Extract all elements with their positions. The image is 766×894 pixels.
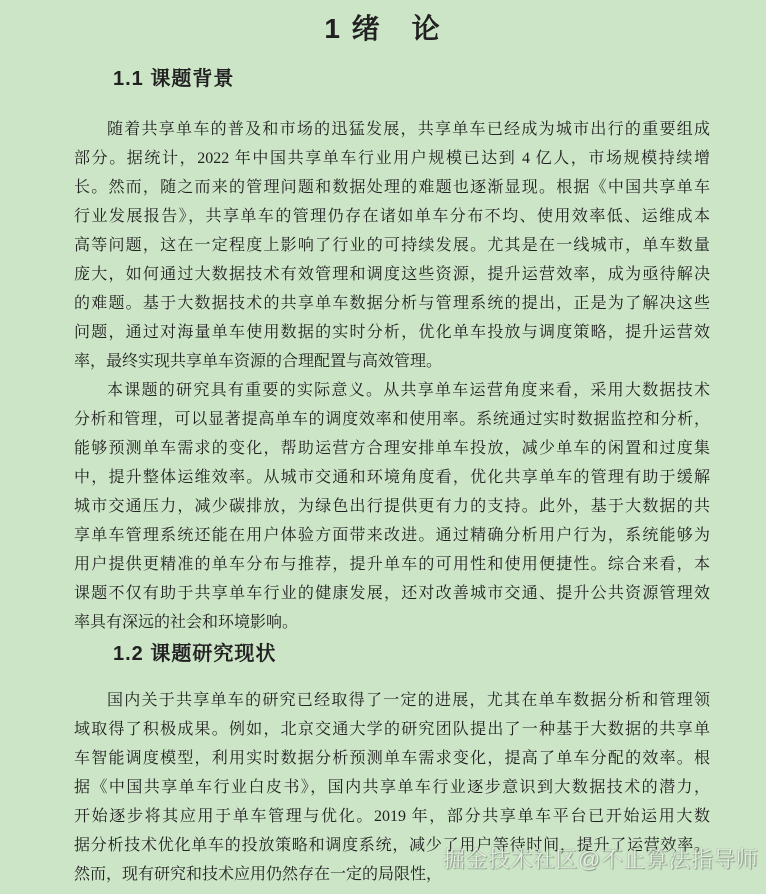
text-line: 据分析技术优化单车的投放策略和调度系统，减少了用户等待时间，提升了运营效率。: [74, 831, 710, 860]
text-line: 用户提供更精准的单车分布与推荐，提升单车的可用性和使用便捷性。综合来看，本: [74, 550, 710, 579]
text-line: 长。然而，随之而来的管理问题和数据处理的难题也逐渐显现。根据《中国共享单车: [74, 173, 710, 202]
chapter-title: 1 绪 论: [0, 12, 766, 46]
section-1-1-paragraph-2: 本课题的研究具有重要的实际意义。从共享单车运营角度来看，采用大数据技术分析和管理…: [74, 376, 710, 637]
text-line: 据《中国共享单车行业白皮书》，国内共享单车行业逐步意识到大数据技术的潜力，: [74, 773, 710, 802]
text-line: 城市交通压力，减少碳排放，为绿色出行提供更有力的支持。此外，基于大数据的共: [74, 492, 710, 521]
text-line: 随着共享单车的普及和市场的迅猛发展，共享单车已经成为城市出行的重要组成: [74, 115, 710, 144]
text-line: 高等问题，这在一定程度上影响了行业的可持续发展。尤其是在一线城市，单车数量: [74, 231, 710, 260]
text-line: 问题，通过对海量单车使用数据的实时分析，优化单车投放与调度策略，提升运营效: [74, 318, 710, 347]
text-line: 的难题。基于大数据技术的共享单车数据分析与管理系统的提出，正是为了解决这些: [74, 289, 710, 318]
text-line: 行业发展报告》，共享单车的管理仍存在诸如单车分布不均、使用效率低、运维成本: [74, 202, 710, 231]
text-line: 开始逐步将其应用于单车管理与优化。2019 年，部分共享单车平台已开始运用大数: [74, 802, 710, 831]
section-heading-1-2: 1.2 课题研究现状: [113, 641, 766, 668]
text-line: 率，最终实现共享单车资源的合理配置与高效管理。: [74, 347, 710, 376]
text-line: 域取得了积极成果。例如，北京交通大学的研究团队提出了一种基于大数据的共享单: [74, 715, 710, 744]
text-line: 中，提升整体运维效率。从城市交通和环境角度看，优化共享单车的管理有助于缓解: [74, 463, 710, 492]
text-line: 分析和管理，可以显著提高单车的调度效率和使用率。系统通过实时数据监控和分析，: [74, 405, 710, 434]
text-line: 本课题的研究具有重要的实际意义。从共享单车运营角度来看，采用大数据技术: [74, 376, 710, 405]
section-1-1-paragraph-1: 随着共享单车的普及和市场的迅猛发展，共享单车已经成为城市出行的重要组成部分。据统…: [74, 115, 710, 376]
text-line: 然而，现有研究和技术应用仍然存在一定的局限性，: [74, 860, 710, 889]
text-line: 国内关于共享单车的研究已经取得了一定的进展，尤其在单车数据分析和管理领: [74, 686, 710, 715]
section-1-2-paragraph-1: 国内关于共享单车的研究已经取得了一定的进展，尤其在单车数据分析和管理领域取得了积…: [74, 686, 710, 889]
text-line: 能够预测单车需求的变化，帮助运营方合理安排单车投放，减少单车的闲置和过度集: [74, 434, 710, 463]
text-line: 享单车管理系统还能在用户体验方面带来改进。通过精确分析用户行为，系统能够为: [74, 521, 710, 550]
text-line: 率具有深远的社会和环境影响。: [74, 608, 710, 637]
text-line: 课题不仅有助于共享单车行业的健康发展，还对改善城市交通、提升公共资源管理效: [74, 579, 710, 608]
text-line: 车智能调度模型，利用实时数据分析预测单车需求变化，提高了单车分配的效率。根: [74, 744, 710, 773]
section-heading-1-1: 1.1 课题背景: [113, 66, 766, 93]
document-page: 1 绪 论 1.1 课题背景 随着共享单车的普及和市场的迅猛发展，共享单车已经成…: [0, 0, 766, 894]
text-line: 部分。据统计，2022 年中国共享单车行业用户规模已达到 4 亿人，市场规模持续…: [74, 144, 710, 173]
text-line: 庞大，如何通过大数据技术有效管理和调度这些资源，提升运营效率，成为亟待解决: [74, 260, 710, 289]
